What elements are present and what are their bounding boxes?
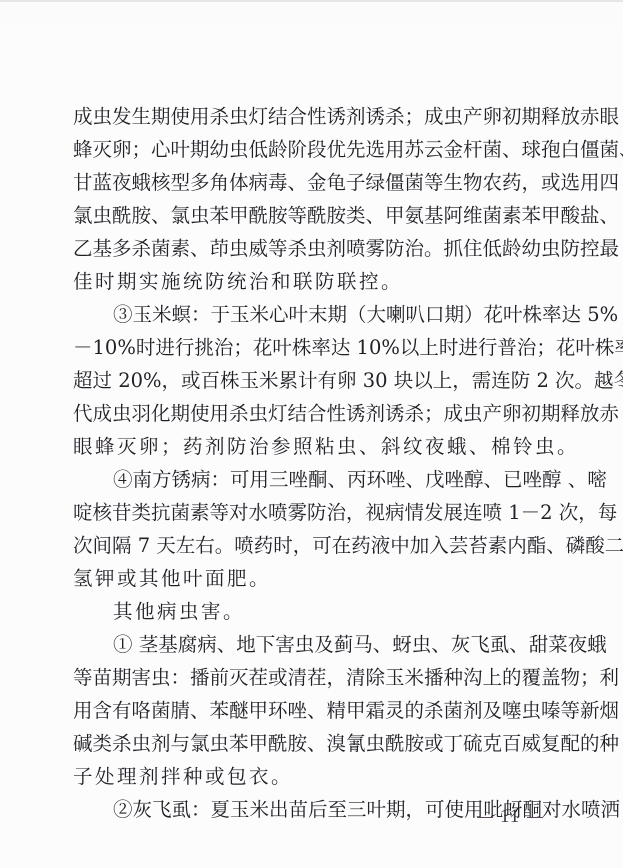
document-page: 成虫发生期使用杀虫灯结合性诱剂诱杀；成虫产卵初期释放赤眼 蜂灭卵；心叶期幼虫低龄…: [0, 0, 623, 868]
paragraph-line: 氯虫酰胺、氯虫苯甲酰胺等酰胺类、甲氨基阿维菌素苯甲酸盐、: [73, 199, 547, 232]
paragraph-line: 佳时期实施统防统治和联防联控。: [73, 265, 547, 298]
paragraph-line: 次间隔 7 天左右。喷药时，可在药液中加入芸苔素内酯、磷酸二: [73, 529, 547, 562]
paragraph-line: 等苗期害虫：播前灭茬或清茬，清除玉米播种沟上的覆盖物；利: [73, 661, 547, 694]
paragraph-line: 啶核苷类抗菌素等对水喷雾防治，视病情发展连喷 1－2 次，每: [73, 496, 547, 529]
paragraph-line: 甘蓝夜蛾核型多角体病毒、金龟子绿僵菌等生物农药，或选用四: [73, 166, 547, 199]
paragraph-line: 氢钾或其他叶面肥。: [73, 562, 547, 595]
paragraph-line: 眼蜂灭卵；药剂防治参照粘虫、斜纹夜蛾、棉铃虫。: [73, 430, 547, 463]
page-number-value: 11: [500, 806, 520, 827]
paragraph-line: 成虫发生期使用杀虫灯结合性诱剂诱杀；成虫产卵初期释放赤眼: [73, 100, 547, 133]
page-top-edge: [0, 0, 623, 2]
paragraph-line: 用含有咯菌腈、苯醚甲环唑、精甲霜灵的杀菌剂及噻虫嗪等新烟: [73, 694, 547, 727]
dash-right-decoration: [527, 817, 543, 819]
section-heading-other-pests: 其他病虫害。: [73, 595, 547, 628]
paragraph-line: 子处理剂拌种或包衣。: [73, 760, 547, 793]
paragraph-line: －10%时进行挑治；花叶株率达 10%以上时进行普治；花叶株率: [73, 331, 547, 364]
paragraph-line-stem-rot: ① 茎基腐病、地下害虫及蓟马、蚜虫、灰飞虱、甜菜夜蛾: [73, 628, 547, 661]
paragraph-line: 代成虫羽化期使用杀虫灯结合性诱剂诱杀；成虫产卵初期释放赤: [73, 397, 547, 430]
paragraph-line: 乙基多杀菌素、茚虫威等杀虫剂喷雾防治。抓住低龄幼虫防控最: [73, 232, 547, 265]
document-body: 成虫发生期使用杀虫灯结合性诱剂诱杀；成虫产卵初期释放赤眼 蜂灭卵；心叶期幼虫低龄…: [73, 100, 547, 826]
paragraph-line: 碱类杀虫剂与氯虫苯甲酰胺、溴氰虫酰胺或丁硫克百威复配的种: [73, 727, 547, 760]
paragraph-line-southern-rust: ④南方锈病：可用三唑酮、丙环唑、戊唑醇、已唑醇 、嘧: [73, 463, 547, 496]
paragraph-line: 蜂灭卵；心叶期幼虫低龄阶段优先选用苏云金杆菌、球孢白僵菌、: [73, 133, 547, 166]
page-number: 11: [470, 806, 550, 828]
dash-left-decoration: [477, 817, 493, 819]
paragraph-line: 超过 20%，或百株玉米累计有卵 30 块以上，需连防 2 次。越冬: [73, 364, 547, 397]
paragraph-line-corn-borer: ③玉米螟：于玉米心叶末期（大喇叭口期）花叶株率达 5%: [73, 298, 547, 331]
